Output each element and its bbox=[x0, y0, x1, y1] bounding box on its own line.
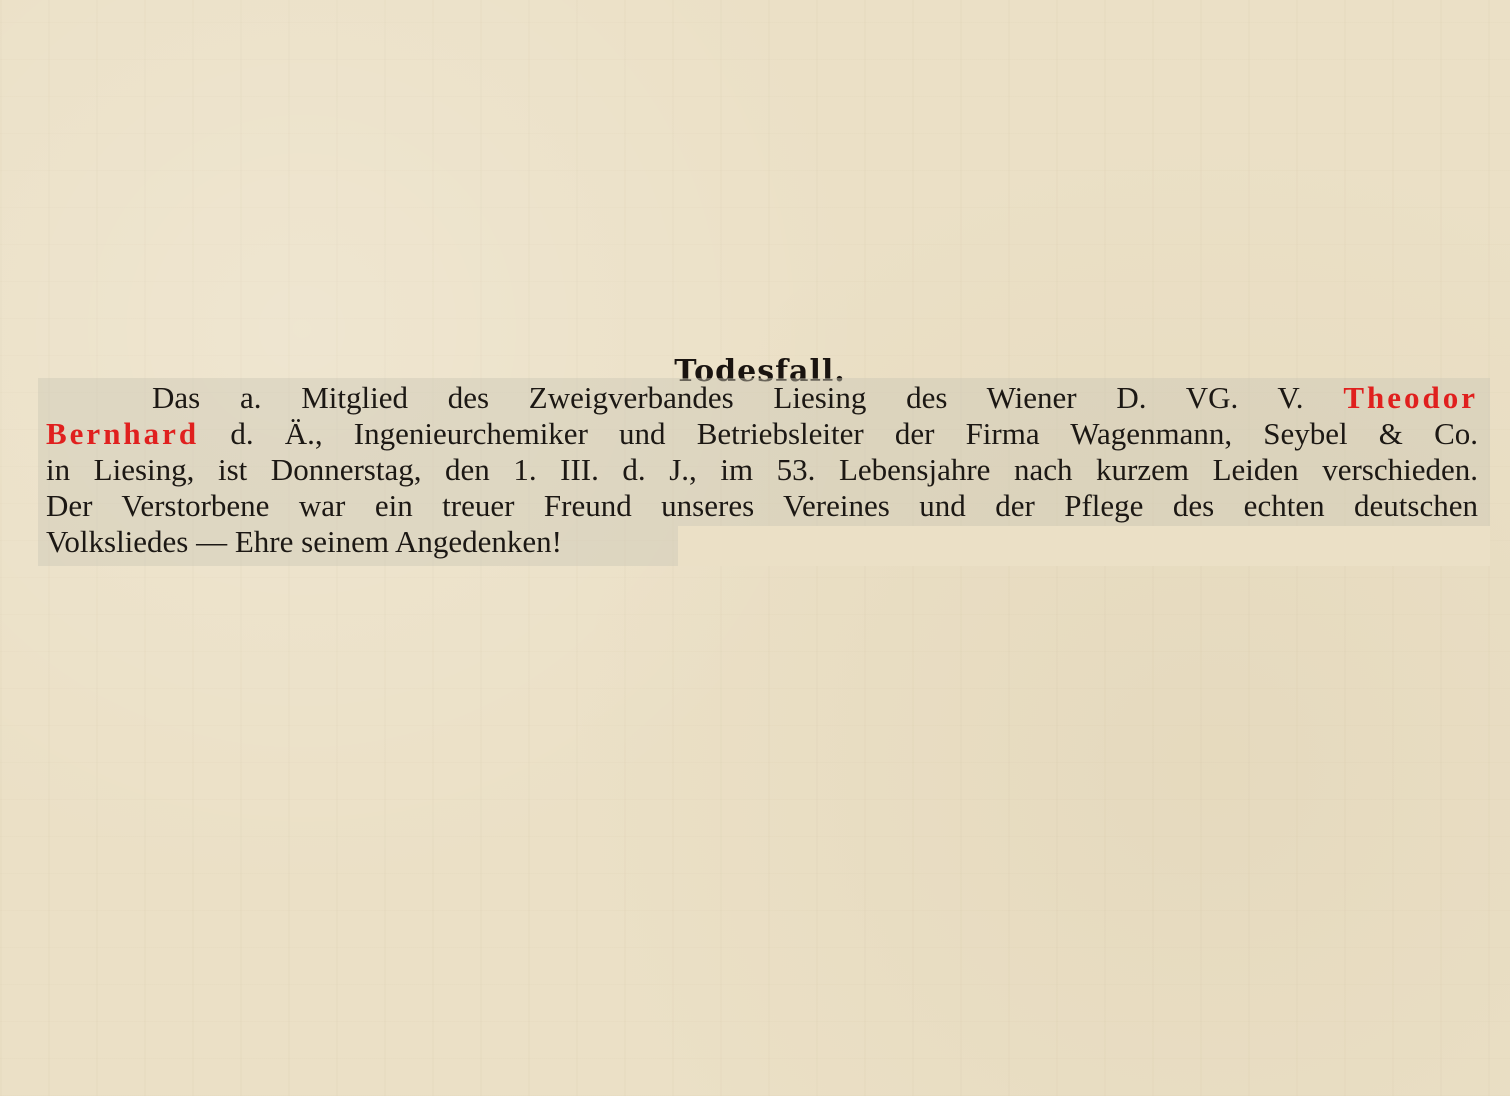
paragraph-line-1: Das a. Mitglied des Zweigverbandes Liesi… bbox=[46, 380, 1478, 416]
paragraph-line-4: Der Verstorbene war ein treuer Freund un… bbox=[46, 488, 1478, 524]
person-first-name: Theodor bbox=[1343, 380, 1478, 415]
paragraph-line-3: in Liesing, ist Donnerstag, den 1. III. … bbox=[46, 452, 1478, 488]
line-1-text: Das a. Mitglied des Zweigverbandes Liesi… bbox=[152, 380, 1304, 415]
paragraph-line-2: Bernhard d. Ä., Ingenieurchemiker und Be… bbox=[46, 416, 1478, 452]
obituary-paragraph: Das a. Mitglied des Zweigverbandes Liesi… bbox=[46, 380, 1478, 560]
person-last-name: Bernhard bbox=[46, 416, 199, 451]
document-page: Todesfall. Das a. Mitglied des Zweigverb… bbox=[0, 0, 1510, 1096]
paragraph-line-5: Volksliedes — Ehre seinem Angedenken! bbox=[46, 524, 1478, 560]
line-2-text: d. Ä., Ingenieurchemiker und Betriebslei… bbox=[230, 416, 1478, 451]
